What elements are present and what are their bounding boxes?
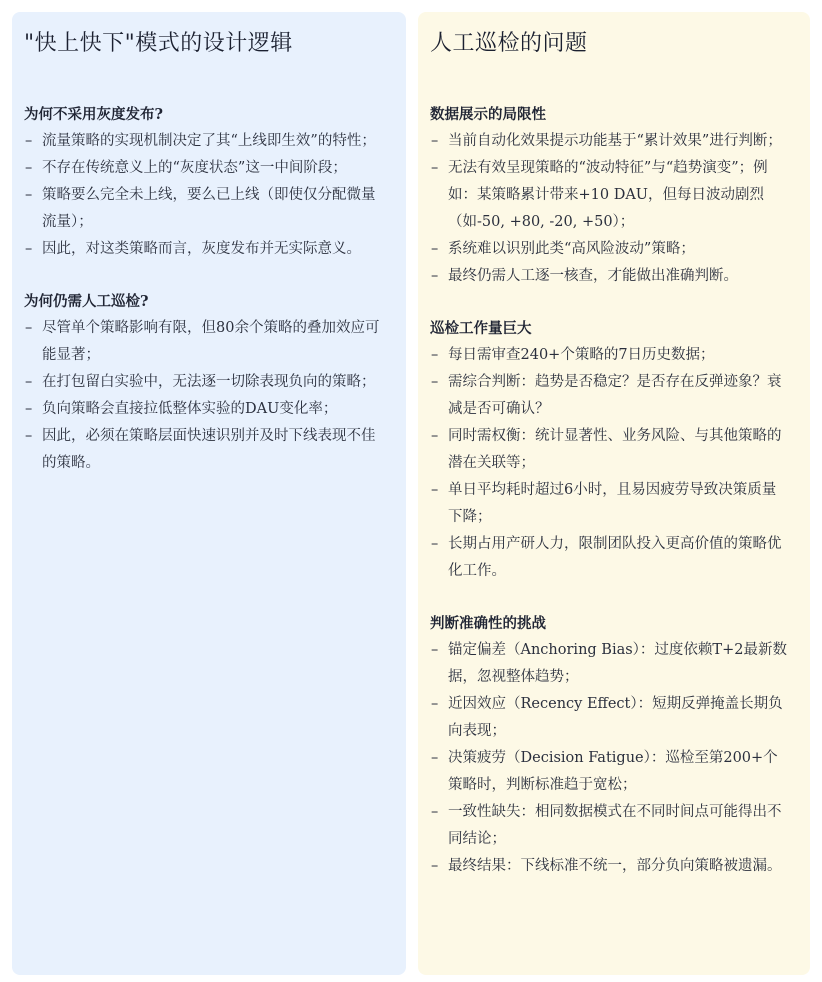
panel-title: 人工巡检的问题 (430, 28, 798, 60)
section-heading: 判断准确性的挑战 (430, 611, 798, 637)
dash-bullet-icon: – (431, 531, 443, 558)
dash-bullet-icon: – (431, 155, 443, 182)
dash-bullet-icon: – (431, 477, 443, 504)
section-heading: 为何不采用灰度发布? (24, 102, 394, 128)
dash-bullet-icon: – (25, 155, 37, 182)
dash-bullet-icon: – (431, 263, 443, 290)
list-item: –锚定偏差（Anchoring Bias）：过度依赖T+2最新数据，忽视整体趋势… (430, 637, 798, 691)
list-item: –单日平均耗时超过6小时，且易因疲劳导致决策质量下降； (430, 477, 798, 531)
list-item: –不存在传统意义上的“灰度状态”这一中间阶段； (24, 155, 394, 182)
section-heading: 数据展示的局限性 (430, 102, 798, 128)
list-item: –同时需权衡：统计显著性、业务风险、与其他策略的潜在关联等； (430, 423, 798, 477)
bullet-list: –流量策略的实现机制决定了其“上线即生效”的特性； –不存在传统意义上的“灰度状… (24, 128, 394, 263)
section-heading: 为何仍需人工巡检? (24, 289, 394, 315)
dash-bullet-icon: – (25, 396, 37, 423)
dash-bullet-icon: – (25, 236, 37, 263)
bullet-list: –锚定偏差（Anchoring Bias）：过度依赖T+2最新数据，忽视整体趋势… (430, 637, 798, 880)
dash-bullet-icon: – (431, 637, 443, 664)
dash-bullet-icon: – (25, 423, 37, 450)
dash-bullet-icon: – (431, 691, 443, 718)
dash-bullet-icon: – (25, 182, 37, 209)
section-heading: 巡检工作量巨大 (430, 316, 798, 342)
dash-bullet-icon: – (431, 799, 443, 826)
bullet-list: –每日需审查240+个策略的7日历史数据； –需综合判断：趋势是否稳定？是否存在… (430, 342, 798, 585)
list-item: –因此，对这类策略而言，灰度发布并无实际意义。 (24, 236, 394, 263)
list-item: –近因效应（Recency Effect）：短期反弹掩盖长期负向表现； (430, 691, 798, 745)
dash-bullet-icon: – (431, 236, 443, 263)
dash-bullet-icon: – (431, 745, 443, 772)
dash-bullet-icon: – (25, 369, 37, 396)
section-why-no-gray-release: 为何不采用灰度发布? –流量策略的实现机制决定了其“上线即生效”的特性； –不存… (24, 102, 394, 263)
dash-bullet-icon: – (431, 853, 443, 880)
dash-bullet-icon: – (25, 128, 37, 155)
list-item: –一致性缺失：相同数据模式在不同时间点可能得出不同结论； (430, 799, 798, 853)
list-item: –负向策略会直接拉低整体实验的DAU变化率； (24, 396, 394, 423)
list-item: –系统难以识别此类“高风险波动”策略； (430, 236, 798, 263)
design-logic-panel: "快上快下"模式的设计逻辑 为何不采用灰度发布? –流量策略的实现机制决定了其“… (12, 12, 406, 975)
list-item: –长期占用产研人力，限制团队投入更高价值的策略优化工作。 (430, 531, 798, 585)
section-judgment-accuracy: 判断准确性的挑战 –锚定偏差（Anchoring Bias）：过度依赖T+2最新… (430, 611, 798, 880)
manual-inspection-problems-panel: 人工巡检的问题 数据展示的局限性 –当前自动化效果提示功能基于“累计效果”进行判… (418, 12, 810, 975)
list-item: –决策疲劳（Decision Fatigue）：巡检至第200+个策略时，判断标… (430, 745, 798, 799)
list-item: –尽管单个策略影响有限，但80余个策略的叠加效应可能显著； (24, 315, 394, 369)
list-item: –每日需审查240+个策略的7日历史数据； (430, 342, 798, 369)
bullet-list: –尽管单个策略影响有限，但80余个策略的叠加效应可能显著； –在打包留白实验中，… (24, 315, 394, 477)
list-item: –当前自动化效果提示功能基于“累计效果”进行判断； (430, 128, 798, 155)
list-item: –在打包留白实验中，无法逐一切除表现负向的策略； (24, 369, 394, 396)
list-item: –流量策略的实现机制决定了其“上线即生效”的特性； (24, 128, 394, 155)
dash-bullet-icon: – (431, 423, 443, 450)
list-item: –无法有效呈现策略的“波动特征”与“趋势演变”；例如：某策略累计带来+10 DA… (430, 155, 798, 236)
dash-bullet-icon: – (431, 128, 443, 155)
bullet-list: –当前自动化效果提示功能基于“累计效果”进行判断； –无法有效呈现策略的“波动特… (430, 128, 798, 290)
list-item: –最终仍需人工逐一核查，才能做出准确判断。 (430, 263, 798, 290)
section-data-display-limits: 数据展示的局限性 –当前自动化效果提示功能基于“累计效果”进行判断； –无法有效… (430, 102, 798, 290)
panel-title: "快上快下"模式的设计逻辑 (24, 28, 394, 60)
dash-bullet-icon: – (431, 342, 443, 369)
section-why-manual-inspection: 为何仍需人工巡检? –尽管单个策略影响有限，但80余个策略的叠加效应可能显著； … (24, 289, 394, 477)
dash-bullet-icon: – (25, 315, 37, 342)
list-item: –策略要么完全未上线，要么已上线（即使仅分配微量流量）； (24, 182, 394, 236)
list-item: –需综合判断：趋势是否稳定？是否存在反弹迹象？衰减是否可确认？ (430, 369, 798, 423)
list-item: –最终结果：下线标准不统一，部分负向策略被遗漏。 (430, 853, 798, 880)
dash-bullet-icon: – (431, 369, 443, 396)
list-item: –因此，必须在策略层面快速识别并及时下线表现不佳的策略。 (24, 423, 394, 477)
section-heavy-workload: 巡检工作量巨大 –每日需审查240+个策略的7日历史数据； –需综合判断：趋势是… (430, 316, 798, 585)
